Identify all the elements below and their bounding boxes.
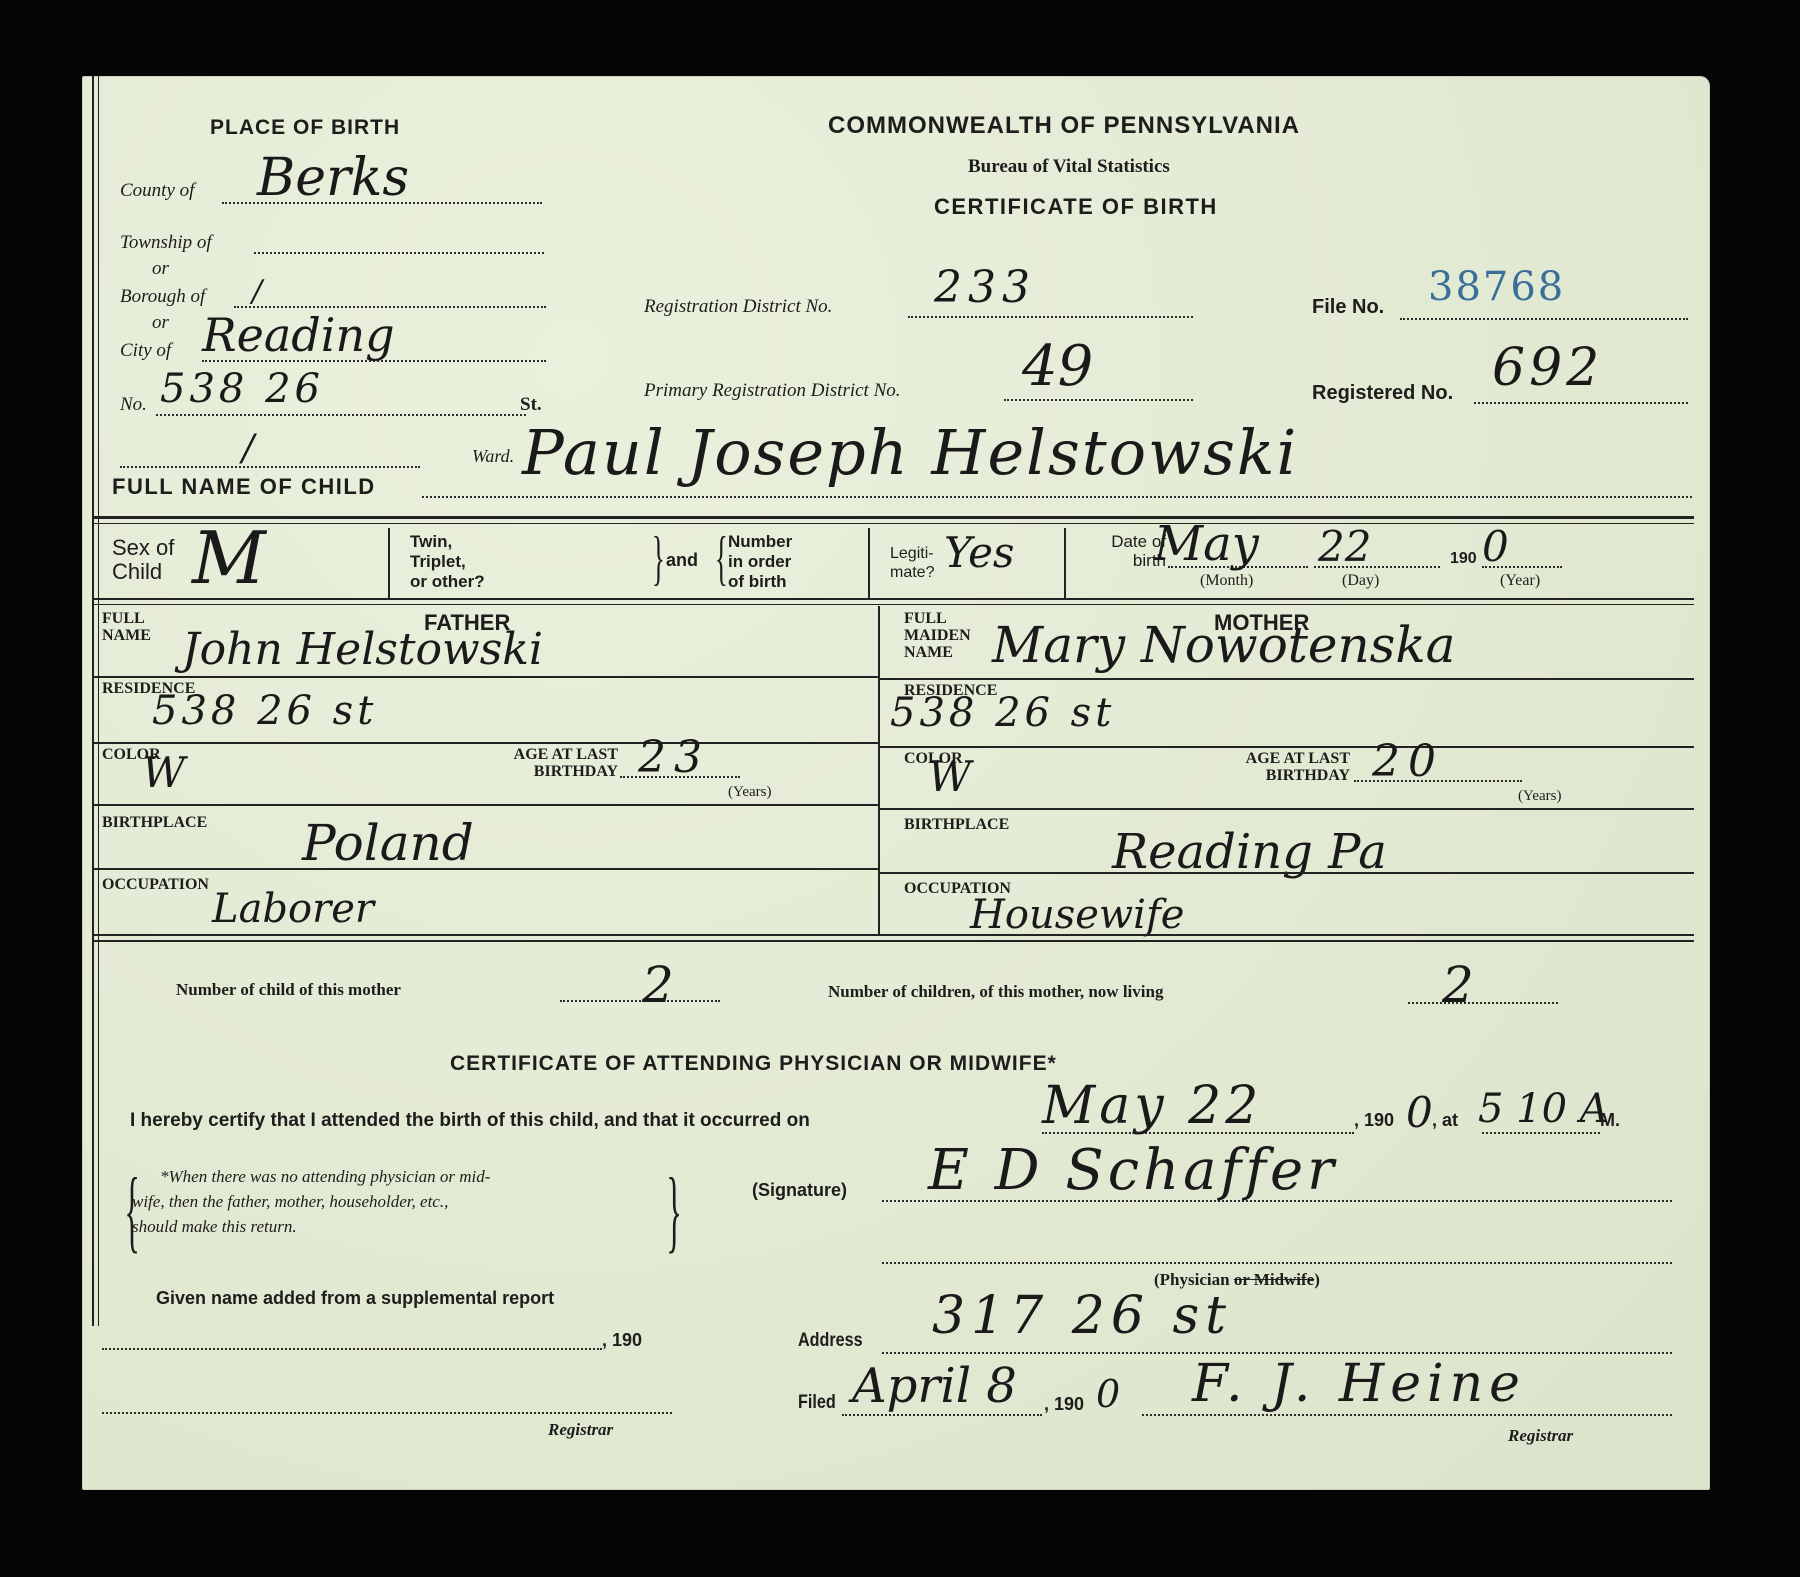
street-label: St.	[520, 394, 542, 416]
footnote-text: *When there was no attending physician o…	[132, 1164, 490, 1239]
children-living-line	[1408, 1002, 1558, 1004]
ward-label: Ward.	[472, 446, 514, 467]
mother-color-value: W	[928, 752, 971, 801]
street-field-line	[156, 414, 526, 416]
signature-label: (Signature)	[752, 1180, 847, 1201]
month-caption: (Month)	[1200, 572, 1253, 590]
supplemental-registrar-line	[102, 1412, 672, 1414]
address-value: 317 26 st	[932, 1286, 1232, 1346]
child-full-name-label: FULL NAME OF CHILD	[112, 474, 376, 500]
footnote-brace-right-icon: }	[666, 1164, 681, 1256]
primary-district-label: Primary Registration District No.	[644, 380, 901, 402]
section-rule	[94, 604, 1694, 605]
mother-full-name-label: FULL MAIDEN NAME	[904, 610, 971, 661]
supplemental-name-line	[102, 1348, 602, 1350]
filed-registrar-caption: Registrar	[1508, 1426, 1573, 1446]
section-rule	[94, 934, 1694, 936]
township-label: Township of	[120, 232, 212, 254]
primary-district-value: 49	[1022, 334, 1093, 399]
filed-label: Filed	[798, 1392, 836, 1414]
filed-registrar-signature: F. J. Heine	[1192, 1354, 1526, 1414]
section-rule	[94, 516, 1694, 519]
signature-second-line	[882, 1262, 1672, 1264]
column-divider	[1064, 528, 1066, 598]
father-age-value: 23	[638, 732, 710, 783]
filed-year-prefix: , 190	[1044, 1394, 1084, 1415]
supplemental-registrar-caption: Registrar	[548, 1420, 613, 1440]
or-label: or	[152, 312, 169, 334]
child-full-name-value: Paul Joseph Helstowski	[522, 416, 1298, 489]
section-rule	[94, 523, 1694, 524]
registered-number-label: Registered No.	[1312, 382, 1453, 405]
sex-value: M	[192, 516, 266, 600]
father-name-value: John Helstowski	[182, 624, 543, 675]
or-label: or	[152, 258, 169, 280]
dob-month-value: May	[1154, 516, 1259, 572]
ward-value: /	[242, 428, 254, 469]
father-occupation-label: OCCUPATION	[102, 876, 209, 894]
supplemental-year-prefix: , 190	[602, 1330, 642, 1351]
city-label: City of	[120, 340, 171, 362]
certify-text: I hereby certify that I attended the bir…	[130, 1110, 810, 1132]
sex-label: Sex of Child	[112, 536, 174, 584]
file-number-label: File No.	[1312, 296, 1384, 319]
twin-label: Twin, Triplet, or other?	[410, 532, 485, 592]
certificate-title: CERTIFICATE OF BIRTH	[934, 194, 1218, 220]
column-divider	[868, 528, 870, 598]
filed-date-line	[842, 1414, 1042, 1416]
row-rule	[880, 746, 1694, 748]
father-full-name-label: FULL NAME	[102, 610, 151, 644]
year-caption: (Year)	[1500, 572, 1540, 590]
brace-right-icon: }	[652, 528, 665, 588]
physician-signature-value: E D Schaffer	[928, 1138, 1338, 1203]
county-label: County of	[120, 180, 194, 202]
father-color-value: W	[142, 748, 185, 797]
legitimate-value: Yes	[944, 528, 1015, 577]
county-value: Berks	[257, 148, 409, 208]
registration-district-line	[908, 316, 1193, 318]
child-full-name-line	[422, 496, 1692, 498]
child-number-label: Number of child of this mother	[176, 980, 401, 1000]
registered-number-line	[1474, 402, 1688, 404]
section-rule	[94, 940, 1694, 942]
at-label: , at	[1432, 1110, 1458, 1131]
street-number-value: 538 26	[160, 366, 324, 412]
father-occupation-value: Laborer	[212, 886, 374, 932]
mother-name-value: Mary Nowotenska	[992, 616, 1455, 674]
row-rule	[880, 808, 1694, 810]
ward-field-line	[120, 466, 420, 468]
margin-rule	[92, 76, 94, 1326]
children-living-label: Number of children, of this mother, now …	[828, 982, 1163, 1002]
dob-year-value: 0	[1482, 522, 1509, 571]
file-number-stamp: 38768	[1428, 264, 1565, 310]
time-line	[1482, 1132, 1600, 1134]
child-number-line	[560, 1000, 720, 1002]
birth-order-label: Number in order of birth	[728, 532, 792, 592]
place-of-birth-heading: PLACE OF BIRTH	[210, 116, 400, 140]
row-rule	[94, 742, 878, 744]
father-residence-value: 538 26 st	[152, 688, 377, 734]
mother-occupation-value: Housewife	[970, 892, 1184, 938]
row-rule	[94, 804, 878, 806]
row-rule	[94, 868, 878, 870]
margin-rule	[98, 76, 99, 1326]
row-rule	[94, 676, 878, 678]
mother-years-caption: (Years)	[1518, 788, 1561, 805]
brace-left-icon: {	[715, 528, 728, 588]
primary-district-line	[1004, 399, 1193, 401]
child-number-value: 2	[642, 956, 674, 1014]
occurred-year-value: 0	[1406, 1088, 1433, 1137]
city-value: Reading	[202, 308, 395, 362]
bureau-subtitle: Bureau of Vital Statistics	[968, 156, 1170, 178]
day-caption: (Day)	[1342, 572, 1379, 590]
section-rule	[94, 598, 1694, 600]
mother-age-label: AGE AT LAST BIRTHDAY	[1182, 750, 1350, 784]
dob-day-value: 22	[1318, 522, 1371, 571]
father-birthplace-value: Poland	[302, 814, 474, 872]
filed-year-value: 0	[1096, 1372, 1120, 1416]
registration-district-value: 233	[934, 262, 1036, 313]
mother-birthplace-label: BIRTHPLACE	[904, 816, 1009, 834]
physician-heading: CERTIFICATE OF ATTENDING PHYSICIAN OR MI…	[450, 1052, 1057, 1076]
father-years-caption: (Years)	[728, 784, 771, 801]
am-pm-label: M.	[1600, 1110, 1620, 1131]
time-value: 5 10 A	[1478, 1086, 1609, 1132]
children-living-value: 2	[1442, 956, 1474, 1014]
registration-district-label: Registration District No.	[644, 296, 832, 318]
dob-year-prefix: 190	[1450, 550, 1477, 568]
borough-value: /	[252, 274, 262, 309]
row-rule	[880, 678, 1694, 680]
row-rule	[880, 872, 1694, 874]
township-field-line	[254, 252, 544, 254]
supplemental-label: Given name added from a supplemental rep…	[156, 1288, 554, 1309]
street-number-label: No.	[120, 394, 147, 416]
column-divider	[388, 528, 390, 598]
mother-residence-value: 538 26 st	[890, 690, 1115, 736]
address-label: Address	[798, 1330, 863, 1352]
filed-registrar-line	[1142, 1414, 1672, 1416]
mother-age-value: 20	[1372, 736, 1444, 787]
commonwealth-title: COMMONWEALTH OF PENNSYLVANIA	[828, 112, 1300, 140]
legitimate-label: Legiti- mate?	[890, 544, 934, 582]
occurred-date-value: May 22	[1042, 1076, 1262, 1136]
and-label: and	[666, 550, 698, 571]
parents-column-divider	[878, 606, 880, 936]
registered-number-value: 692	[1492, 338, 1603, 398]
borough-label: Borough of	[120, 286, 205, 308]
file-number-line	[1400, 318, 1688, 320]
father-age-label: AGE AT LAST BIRTHDAY	[452, 746, 618, 780]
father-birthplace-label: BIRTHPLACE	[102, 814, 207, 832]
occurred-year-prefix: , 190	[1354, 1110, 1394, 1131]
birth-certificate: PLACE OF BIRTH County of Berks Township …	[82, 76, 1710, 1490]
filed-date-value: April 8	[852, 1358, 1017, 1414]
